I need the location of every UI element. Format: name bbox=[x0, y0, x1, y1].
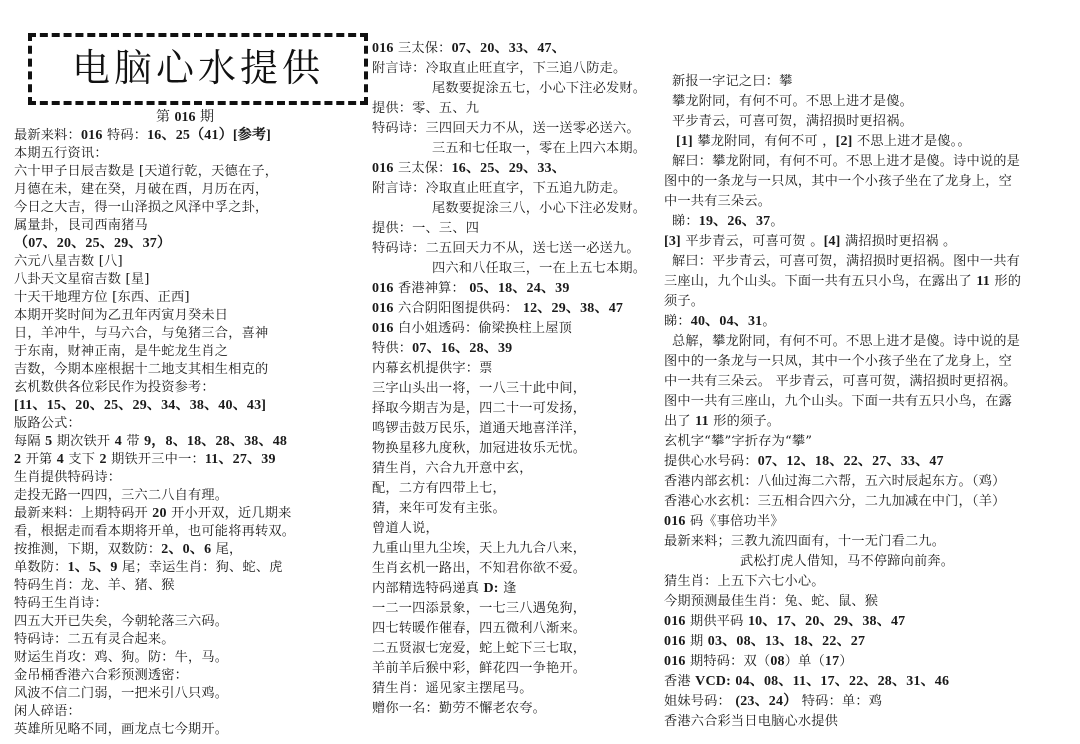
text: 特码王生肖诗： bbox=[14, 596, 108, 611]
text: 中一共有三朵云。 bbox=[664, 194, 771, 209]
text-line: 提供：零、五、九 bbox=[372, 100, 479, 117]
bold-text: 16、25（41）[参考] bbox=[147, 128, 271, 143]
issue-suffix: 期 bbox=[200, 109, 214, 125]
text-line: 本期五行资讯： bbox=[14, 145, 108, 162]
text: 于东南，财神正南，是牛蛇龙生肖之 bbox=[14, 344, 228, 359]
text: 内部精选特码递真 bbox=[372, 581, 484, 596]
text-line: 新报一字记之曰：攀 bbox=[672, 73, 793, 90]
bold-text: 04、08、11、17、22、28、31、46 bbox=[735, 674, 949, 689]
text: 财运生肖攻：鸡、狗。防：牛，马。 bbox=[14, 650, 228, 665]
bold-text: 11、27、39 bbox=[205, 452, 276, 467]
text-line: 平步青云，可喜可贺，满招损时更招祸。 bbox=[672, 113, 913, 130]
text-line: 武松打虎人借知，马不停蹄向前奔。 bbox=[740, 553, 954, 570]
text: 不思上进才是傻。。 bbox=[853, 134, 971, 149]
bold-text: 4 bbox=[115, 434, 122, 449]
text: 出了 bbox=[664, 414, 695, 429]
text: 尾；幸运生肖：狗、蛇、虎 bbox=[118, 560, 283, 575]
text: 期供平码 bbox=[686, 614, 748, 629]
text: 最新来料：上期特码开 bbox=[14, 506, 152, 521]
text: 内幕玄机提供字：票 bbox=[372, 361, 493, 376]
text: 物换星移九度秋，加冠进妆乐无忧。 bbox=[372, 441, 586, 456]
bold-text: 16、25、29、33、 bbox=[452, 161, 566, 176]
text-line: 特码王生肖诗： bbox=[14, 595, 108, 612]
text: 攀龙附同，有何不可。不思上进才是傻。 bbox=[672, 94, 913, 109]
text-line: 看，根据走而看本期将开单，也可能将再转双。 bbox=[14, 523, 295, 540]
bold-text: VCD: bbox=[695, 674, 731, 689]
text: 版路公式： bbox=[14, 416, 81, 431]
text-line: 016 三太保：07、20、33、47、 bbox=[372, 40, 566, 57]
text-line: 风波不信二门弱，一把米引八只鸡。 bbox=[14, 685, 228, 702]
text: 月德在未，建在癸，月破在酉，月历在丙， bbox=[14, 182, 268, 197]
text-line: 中一共有三朵云。 平步青云，可喜可贺，满招损时更招祸。 bbox=[664, 373, 1016, 390]
text-line: 本期开奖时间为乙丑年丙寅月癸未日 bbox=[14, 307, 228, 324]
text: 八卦天文星宿吉数 [星] bbox=[14, 272, 150, 287]
text-line: 玄机字“攀”字折存为“攀” bbox=[664, 433, 812, 450]
text: 三太保： bbox=[394, 41, 452, 56]
bold-text: 08 bbox=[770, 654, 784, 669]
text: 猜生肖，六合九开意中玄， bbox=[372, 461, 533, 476]
issue-number-value: 016 bbox=[175, 110, 196, 125]
text-line: 图中的一条龙与一只凤，其中一个小孩子坐在了龙身上，空 bbox=[664, 173, 1012, 190]
text-line: 六元八星吉数 [八] bbox=[14, 253, 123, 270]
text-line: 图中的一条龙与一只凤，其中一个小孩子坐在了龙身上，空 bbox=[664, 353, 1012, 370]
text-line: 攀龙附同，有何不可。不思上进才是傻。 bbox=[672, 93, 913, 110]
text-line: 中一共有三朵云。 bbox=[664, 193, 771, 210]
text-line: 于东南，财神正南，是牛蛇龙生肖之 bbox=[14, 343, 228, 360]
text: 生肖提供特码诗： bbox=[14, 470, 121, 485]
text-line: 特供：07、16、28、39 bbox=[372, 340, 512, 357]
text: 今期预测最佳生肖：兔、蛇、鼠、猴 bbox=[664, 594, 878, 609]
text-line: 解曰：攀龙附同，有何不可。不思上进才是傻。诗中说的是 bbox=[672, 153, 1020, 170]
text: 开第 bbox=[21, 452, 57, 467]
text: 三太保： bbox=[394, 161, 452, 176]
issue-prefix: 第 bbox=[156, 109, 170, 125]
text-line: 吉数，今期本座根据十二地支其相生相克的 bbox=[14, 361, 268, 378]
text: 解曰：平步青云，可喜可贺，满招损时更招祸。图中一共有 bbox=[672, 254, 1020, 269]
text-line: [11、15、20、25、29、34、38、40、43] bbox=[14, 397, 266, 414]
text-line: 英雄所见略不同，画龙点七今期开。 bbox=[14, 721, 228, 738]
text: 六元八星吉数 [八] bbox=[14, 254, 123, 269]
text-line: 016 白小姐透码：偷梁换柱上屋顶 bbox=[372, 320, 572, 337]
text-line: 须子。 bbox=[664, 293, 704, 310]
text-line: 尾数要捉涂五七，小心下注必发财。 bbox=[432, 80, 646, 97]
text-line: 最新来料；三教九流四面有，十一无门看二九。 bbox=[664, 533, 945, 550]
text-line: （07、20、25、29、37） bbox=[14, 235, 171, 252]
text: 平步青云，可喜可贺 。 bbox=[681, 234, 824, 249]
text-line: 配，二方有四带上七， bbox=[372, 480, 506, 497]
text: 特码诗：二五回天力不从，送七送一必送九。 bbox=[372, 241, 640, 256]
text: 玄机字“攀”字折存为“攀” bbox=[664, 434, 812, 449]
text-line: 特码诗：二五有灵合起来。 bbox=[14, 631, 175, 648]
text-line: 四五大开已失矣，今朝轮落三六码。 bbox=[14, 613, 228, 630]
bold-text: [1] bbox=[676, 134, 693, 149]
text: 支下 bbox=[64, 452, 100, 467]
text: 日，羊冲牛，与马六合，与兔猪三合，喜神 bbox=[14, 326, 268, 341]
text: 形的须子。 bbox=[709, 414, 780, 429]
bold-text: 20 bbox=[152, 506, 166, 521]
text: 武松打虎人借知，马不停蹄向前奔。 bbox=[740, 554, 954, 569]
title-frame: 电脑心水提供 bbox=[28, 33, 368, 105]
text: 香港心水玄机：三五相合四六分，二九加减在中门，（羊） bbox=[664, 494, 1005, 509]
text: ） bbox=[839, 654, 852, 669]
text-line: 附言诗：冷取直止旺直字，下三追八防走。 bbox=[372, 60, 626, 77]
text-line: 猜生肖：遥见家主摆尾马。 bbox=[372, 680, 533, 697]
text: 解曰：攀龙附同，有何不可。不思上进才是傻。诗中说的是 bbox=[672, 154, 1020, 169]
bold-text: 016 bbox=[664, 634, 686, 649]
text-line: 二五贤淑七宠爱，蛇上蛇下三七取， bbox=[372, 640, 586, 657]
text: 满招损时更招祸 。 bbox=[841, 234, 957, 249]
bold-text: （07、20、25、29、37） bbox=[14, 236, 171, 251]
bold-text: 2 bbox=[100, 452, 107, 467]
text-line: 生肖提供特码诗： bbox=[14, 469, 121, 486]
text: 香港神算： bbox=[394, 281, 470, 296]
text-line: 提供：一、三、四 bbox=[372, 220, 479, 237]
page-title: 电脑心水提供 bbox=[32, 43, 364, 93]
text: 睇： bbox=[664, 314, 691, 329]
bold-text: 016 bbox=[372, 41, 394, 56]
text: 平步青云，可喜可贺，满招损时更招祸。 bbox=[672, 114, 913, 129]
text: 码《事倍功半》 bbox=[686, 514, 784, 529]
text-line: 三五和七任取一，零在上四六本期。 bbox=[432, 140, 646, 157]
text: 。 bbox=[762, 314, 775, 329]
text-line: 八卦天文星宿吉数 [星] bbox=[14, 271, 150, 288]
text-line: 016 码《事倍功半》 bbox=[664, 513, 784, 530]
bold-text: 11 bbox=[695, 414, 709, 429]
bold-text: 12、29、38、47 bbox=[523, 301, 623, 316]
text: 三字山头出一将，一八三十此中间， bbox=[372, 381, 586, 396]
text: 羊前羊后猴中彩，鲜花四一争艳开。 bbox=[372, 661, 586, 676]
text: 六合阴阳图提供码： bbox=[394, 301, 523, 316]
text: 生肖玄机一路出，不知君你欲不爱。 bbox=[372, 561, 586, 576]
bold-text: 016 bbox=[372, 161, 394, 176]
text-line: 睇：40、04、31。 bbox=[664, 313, 776, 330]
text: 新报一字记之曰：攀 bbox=[672, 74, 793, 89]
text-line: 解曰：平步青云，可喜可贺，满招损时更招祸。图中一共有 bbox=[672, 253, 1020, 270]
text-line: 香港 VCD: 04、08、11、17、22、28、31、46 bbox=[664, 673, 949, 690]
text-line: 内部精选特码递真 D: 逢 bbox=[372, 580, 516, 597]
text: 四六和八任取三，一在上五七本期。 bbox=[432, 261, 646, 276]
bold-text: 10、17、20、29、38、47 bbox=[748, 614, 905, 629]
text: 配，二方有四带上七， bbox=[372, 481, 506, 496]
bold-text: 03、08、13、18、22、27 bbox=[708, 634, 865, 649]
text: 曾道人说， bbox=[372, 521, 439, 536]
text: 风波不信二门弱，一把米引八只鸡。 bbox=[14, 686, 228, 701]
text-line: 猜，来年可发有主张。 bbox=[372, 500, 506, 517]
text-line: 走投无路一四四，三六二八自有理。 bbox=[14, 487, 228, 504]
bold-text: 016 bbox=[664, 514, 686, 529]
bold-text: [2] bbox=[836, 134, 853, 149]
text-line: 每隔 5 期次铁开 4 带 9，8、18、28、38、48 bbox=[14, 433, 287, 450]
text-line: 羊前羊后猴中彩，鲜花四一争艳开。 bbox=[372, 660, 586, 677]
text: 攀龙附同，有何不可 ， bbox=[693, 134, 836, 149]
text: 图中的一条龙与一只凤，其中一个小孩子坐在了龙身上，空 bbox=[664, 174, 1012, 189]
text: 看，根据走而看本期将开单，也可能将再转双。 bbox=[14, 524, 295, 539]
text: 中一共有三朵云。 平步青云，可喜可贺，满招损时更招祸。 bbox=[664, 374, 1016, 389]
text: 鸣锣击鼓万民乐，道通天地喜洋洋， bbox=[372, 421, 586, 436]
text: 猜，来年可发有主张。 bbox=[372, 501, 506, 516]
text: 金吊桶香港六合彩预测透密： bbox=[14, 668, 188, 683]
text-line: 016 六合阴阳图提供码： 12、29、38、47 bbox=[372, 300, 623, 317]
text: 开小开双，近几期来 bbox=[167, 506, 292, 521]
text: 逢 bbox=[499, 581, 517, 596]
text: 特码诗：二五有灵合起来。 bbox=[14, 632, 175, 647]
text: 吉数，今期本座根据十二地支其相生相克的 bbox=[14, 362, 268, 377]
bold-text: 016 bbox=[372, 281, 394, 296]
bold-text: 1、5、9 bbox=[68, 560, 118, 575]
text-line: 物换星移九度秋，加冠进妆乐无忧。 bbox=[372, 440, 586, 457]
text-line: 附言诗：冷取直止旺直字，下五追九防走。 bbox=[372, 180, 626, 197]
bold-text: 9，8、18、28、38、48 bbox=[144, 434, 287, 449]
text: 带 bbox=[122, 434, 144, 449]
text: 尾数要捉涂五七，小心下注必发财。 bbox=[432, 81, 646, 96]
text: 须子。 bbox=[664, 294, 704, 309]
text-line: 四七转暖作催春，四五微利八渐来。 bbox=[372, 620, 586, 637]
text-line: 择取今期吉为是，四二十一可发扬， bbox=[372, 400, 586, 417]
text: 二五贤淑七宠爱，蛇上蛇下三七取， bbox=[372, 641, 586, 656]
text-line: 今日之大吉，得一山泽损之风泽中孚之卦， bbox=[14, 199, 268, 216]
text-line: 日，羊冲牛，与马六合，与兔猪三合，喜神 bbox=[14, 325, 268, 342]
text-line: 闲人碎语： bbox=[14, 703, 81, 720]
text: 香港 bbox=[664, 674, 695, 689]
text-line: 2 开第 4 支下 2 期铁开三中一：11、27、39 bbox=[14, 451, 276, 468]
text: 按推测，下期，双数防： bbox=[14, 542, 161, 557]
text-line: 特码生肖：龙、羊、猪、猴 bbox=[14, 577, 175, 594]
text-line: 鸣锣击鼓万民乐，道通天地喜洋洋， bbox=[372, 420, 586, 437]
text-line: 今期预测最佳生肖：兔、蛇、鼠、猴 bbox=[664, 593, 878, 610]
text-line: 特码诗：二五回天力不从，送七送一必送九。 bbox=[372, 240, 640, 257]
text: 走投无路一四四，三六二八自有理。 bbox=[14, 488, 228, 503]
bold-text: 07、12、18、22、27、33、47 bbox=[758, 454, 944, 469]
text: 。 bbox=[770, 214, 783, 229]
text: ）单（ bbox=[785, 654, 825, 669]
bold-text: 07、16、28、39 bbox=[412, 341, 512, 356]
text-line: 单数防：1、5、9 尾；幸运生肖：狗、蛇、虎 bbox=[14, 559, 283, 576]
text: 图中的一条龙与一只凤，其中一个小孩子坐在了龙身上，空 bbox=[664, 354, 1012, 369]
text: 特码： bbox=[103, 128, 148, 143]
text: 期 bbox=[686, 634, 708, 649]
text: 期特码：双（ bbox=[686, 654, 771, 669]
text-line: 最新来料：016 特码：16、25（41）[参考] bbox=[14, 127, 271, 144]
text: 每隔 bbox=[14, 434, 45, 449]
bold-text: 19、26、37 bbox=[699, 214, 771, 229]
text-line: 财运生肖攻：鸡、狗。防：牛，马。 bbox=[14, 649, 228, 666]
text: 最新来料；三教九流四面有，十一无门看二九。 bbox=[664, 534, 945, 549]
text-line: 四六和八任取三，一在上五七本期。 bbox=[432, 260, 646, 277]
text: 今日之大吉，得一山泽损之风泽中孚之卦， bbox=[14, 200, 268, 215]
text: 六十甲子日辰吉数是 [天道行乾，天德在子， bbox=[14, 164, 278, 179]
text-line: 十天干地理方位 [东西、正西] bbox=[14, 289, 190, 306]
text: 猜生肖：遥见家主摆尾马。 bbox=[372, 681, 533, 696]
text: 提供：一、三、四 bbox=[372, 221, 479, 236]
text-line: 睇：19、26、37。 bbox=[672, 213, 784, 230]
text: 期铁开三中一： bbox=[107, 452, 205, 467]
text-line: 图中一共有三座山，九个山头。下面一共有五只小鸟，在露 bbox=[664, 393, 1012, 410]
text: 附言诗：冷取直止旺直字，下五追九防走。 bbox=[372, 181, 626, 196]
bold-text: 40、04、31 bbox=[691, 314, 763, 329]
bold-text: 016 bbox=[372, 301, 394, 316]
text: 单数防： bbox=[14, 560, 68, 575]
text-line: 按推测，下期，双数防：2、0、6 尾， bbox=[14, 541, 242, 558]
text-line: 三字山头出一将，一八三十此中间， bbox=[372, 380, 586, 397]
text: 特码生肖：龙、羊、猪、猴 bbox=[14, 578, 175, 593]
bold-text: 4 bbox=[57, 452, 64, 467]
text: 香港六合彩当日电脑心水提供 bbox=[664, 714, 838, 729]
text: 四五大开已失矣，今朝轮落三六码。 bbox=[14, 614, 228, 629]
text: 提供：零、五、九 bbox=[372, 101, 479, 116]
text: 闲人碎语： bbox=[14, 704, 81, 719]
text: 择取今期吉为是，四二十一可发扬， bbox=[372, 401, 586, 416]
text-line: 玄机数供各位彩民作为投资参考： bbox=[14, 379, 215, 396]
text: 玄机数供各位彩民作为投资参考： bbox=[14, 380, 215, 395]
text: 一二一四添景象，一七三八遇兔狗， bbox=[372, 601, 586, 616]
bold-text: 07、20、33、47、 bbox=[452, 41, 566, 56]
text: 属量卦，艮司西南猪马 bbox=[14, 218, 148, 233]
bold-text: 11 bbox=[976, 274, 990, 289]
text: 提供心水号码： bbox=[664, 454, 758, 469]
text: 四七转暖作催春，四五微利八渐来。 bbox=[372, 621, 586, 636]
text: 三座山，九个山头。下面一共有五只小鸟，在露出了 bbox=[664, 274, 976, 289]
text: 三五和七任取一，零在上四六本期。 bbox=[432, 141, 646, 156]
bold-text: 016 bbox=[664, 654, 686, 669]
text: 香港内部玄机：八仙过海二六帮，五六时辰起东方。（鸡） bbox=[664, 474, 1005, 489]
text-line: 版路公式： bbox=[14, 415, 81, 432]
bold-text: 17 bbox=[825, 654, 839, 669]
bold-text: [11、15、20、25、29、34、38、40、43] bbox=[14, 398, 266, 413]
text: 九重山里九尘埃，天上九九合八来， bbox=[372, 541, 586, 556]
text-line: 总解，攀龙附同，有何不可。不思上进才是傻。诗中说的是 bbox=[672, 333, 1020, 350]
text: 最新来料： bbox=[14, 128, 81, 143]
text-line: 016 期供平码 10、17、20、29、38、47 bbox=[664, 613, 905, 630]
text-line: 赠你一名：勤劳不懈老农夸。 bbox=[372, 700, 546, 717]
text: 本期五行资讯： bbox=[14, 146, 108, 161]
text-line: 生肖玄机一路出，不知君你欲不爱。 bbox=[372, 560, 586, 577]
text-line: 猜生肖，六合九开意中玄， bbox=[372, 460, 533, 477]
bold-text: (23、24） bbox=[735, 694, 797, 709]
text-line: 金吊桶香港六合彩预测透密： bbox=[14, 667, 188, 684]
text-line: 最新来料：上期特码开 20 开小开双，近几期来 bbox=[14, 505, 292, 522]
text: 十天干地理方位 [东西、正西] bbox=[14, 290, 190, 305]
text: 尾数要捉涂三八，小心下注必发财。 bbox=[432, 201, 646, 216]
text-line: 姐妹号码： (23、24） 特码：单：鸡 bbox=[664, 693, 882, 710]
text: 总解，攀龙附同，有何不可。不思上进才是傻。诗中说的是 bbox=[672, 334, 1020, 349]
text-line: 016 期 03、08、13、18、22、27 bbox=[664, 633, 865, 650]
text-line: 九重山里九尘埃，天上九九合八来， bbox=[372, 540, 586, 557]
text-line: [3] 平步青云，可喜可贺 。[4] 满招损时更招祸 。 bbox=[664, 233, 956, 250]
text-line: 六十甲子日辰吉数是 [天道行乾，天德在子， bbox=[14, 163, 278, 180]
bold-text: [3] bbox=[664, 234, 681, 249]
text-line: 尾数要捉涂三八，小心下注必发财。 bbox=[432, 200, 646, 217]
text: 尾， bbox=[211, 542, 242, 557]
bold-text: 016 bbox=[372, 321, 394, 336]
text-line: 出了 11 形的须子。 bbox=[664, 413, 780, 430]
text: 图中一共有三座山，九个山头。下面一共有五只小鸟，在露 bbox=[664, 394, 1012, 409]
text: 本期开奖时间为乙丑年丙寅月癸未日 bbox=[14, 308, 228, 323]
text-line: 提供心水号码：07、12、18、22、27、33、47 bbox=[664, 453, 944, 470]
text-line: 曾道人说， bbox=[372, 520, 439, 537]
text-line: 内幕玄机提供字：票 bbox=[372, 360, 493, 377]
text-line: 香港六合彩当日电脑心水提供 bbox=[664, 713, 838, 730]
text-line: 三座山，九个山头。下面一共有五只小鸟，在露出了 11 形的 bbox=[664, 273, 1021, 290]
issue-number: 第 016 期 bbox=[0, 108, 370, 127]
bold-text: 05、18、24、39 bbox=[469, 281, 569, 296]
text: 姐妹号码： bbox=[664, 694, 735, 709]
text: 形的 bbox=[990, 274, 1021, 289]
text: 期次铁开 bbox=[52, 434, 114, 449]
text-line: [1] 攀龙附同，有何不可 ，[2] 不思上进才是傻。。 bbox=[676, 133, 971, 150]
text-line: 香港心水玄机：三五相合四六分，二九加减在中门，（羊） bbox=[664, 493, 1005, 510]
text-line: 016 香港神算： 05、18、24、39 bbox=[372, 280, 570, 297]
text-line: 特码诗：三四回天力不从，送一送零必送六。 bbox=[372, 120, 640, 137]
text: 特码诗：三四回天力不从，送一送零必送六。 bbox=[372, 121, 640, 136]
bold-text: [4] bbox=[824, 234, 841, 249]
text-line: 月德在未，建在癸，月破在酉，月历在丙， bbox=[14, 181, 268, 198]
text: 白小姐透码：偷梁换柱上屋顶 bbox=[394, 321, 572, 336]
text: 猜生肖：上五下六七小心。 bbox=[664, 574, 825, 589]
text-line: 016 三太保：16、25、29、33、 bbox=[372, 160, 566, 177]
text-line: 猜生肖：上五下六七小心。 bbox=[664, 573, 825, 590]
text-line: 香港内部玄机：八仙过海二六帮，五六时辰起东方。（鸡） bbox=[664, 473, 1005, 490]
text-line: 016 期特码：双（08）单（17） bbox=[664, 653, 853, 670]
bold-text: 2、0、6 bbox=[161, 542, 211, 557]
text: 特供： bbox=[372, 341, 412, 356]
text-line: 属量卦，艮司西南猪马 bbox=[14, 217, 148, 234]
text: 睇： bbox=[672, 214, 699, 229]
text-line: 一二一四添景象，一七三八遇兔狗， bbox=[372, 600, 586, 617]
text: 特码：单：鸡 bbox=[797, 694, 882, 709]
bold-text: D: bbox=[484, 581, 499, 596]
text: 附言诗：冷取直止旺直字，下三追八防走。 bbox=[372, 61, 626, 76]
bold-text: 016 bbox=[664, 614, 686, 629]
text: 英雄所见略不同，画龙点七今期开。 bbox=[14, 722, 228, 737]
bold-text: 016 bbox=[81, 128, 103, 143]
text: 赠你一名：勤劳不懈老农夸。 bbox=[372, 701, 546, 716]
